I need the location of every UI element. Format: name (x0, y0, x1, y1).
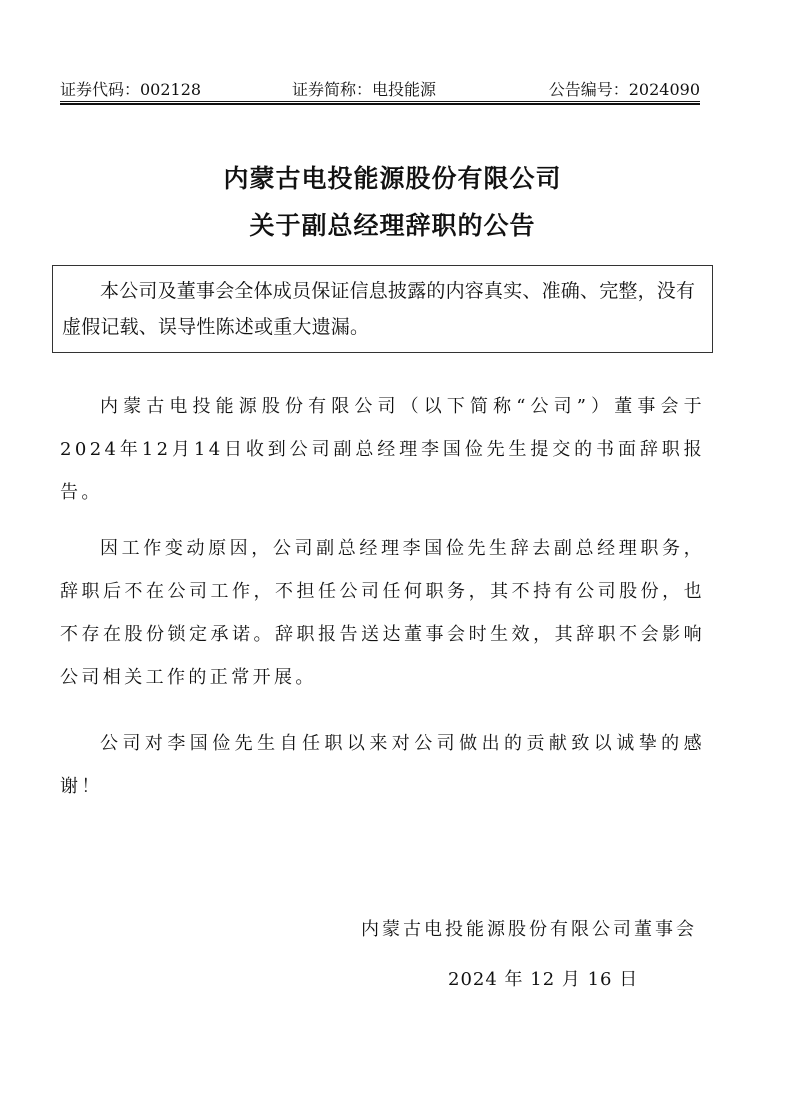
stock-code: 证券代码：002128 (60, 80, 201, 100)
paragraph-text: 内蒙古电投能源股份有限公司（以下简称“公司”）董事会于2024年12月14日收到… (60, 385, 705, 514)
header-double-rule (60, 101, 700, 105)
body-paragraph-3: 公司对李国俭先生自任职以来对公司做出的贡献致以诚挚的感谢！ (60, 722, 705, 808)
company-title: 内蒙古电投能源股份有限公司 (0, 164, 785, 194)
body-paragraph-1: 内蒙古电投能源股份有限公司（以下简称“公司”）董事会于2024年12月14日收到… (60, 385, 705, 514)
disclosure-notice-box: 本公司及董事会全体成员保证信息披露的内容真实、准确、完整，没有虚假记载、误导性陈… (52, 265, 713, 353)
document-header: 证券代码：002128 证券简称：电投能源 公告编号：2024090 (60, 80, 700, 100)
announcement-date: 2024 年 12 月 16 日 (448, 968, 638, 992)
announcement-title: 关于副总经理辞职的公告 (0, 211, 785, 241)
announcement-page: 证券代码：002128 证券简称：电投能源 公告编号：2024090 内蒙古电投… (0, 0, 785, 1096)
board-signature: 内蒙古电投能源股份有限公司董事会 (361, 918, 697, 942)
paragraph-text: 公司对李国俭先生自任职以来对公司做出的贡献致以诚挚的感谢！ (60, 722, 705, 808)
body-paragraph-2: 因工作变动原因，公司副总经理李国俭先生辞去副总经理职务，辞职后不在公司工作，不担… (60, 527, 705, 699)
announcement-number: 公告编号：2024090 (549, 80, 700, 100)
paragraph-text: 因工作变动原因，公司副总经理李国俭先生辞去副总经理职务，辞职后不在公司工作，不担… (60, 527, 705, 699)
disclosure-notice-text: 本公司及董事会全体成员保证信息披露的内容真实、准确、完整，没有虚假记载、误导性陈… (62, 273, 704, 345)
stock-abbreviation: 证券简称：电投能源 (292, 80, 436, 100)
